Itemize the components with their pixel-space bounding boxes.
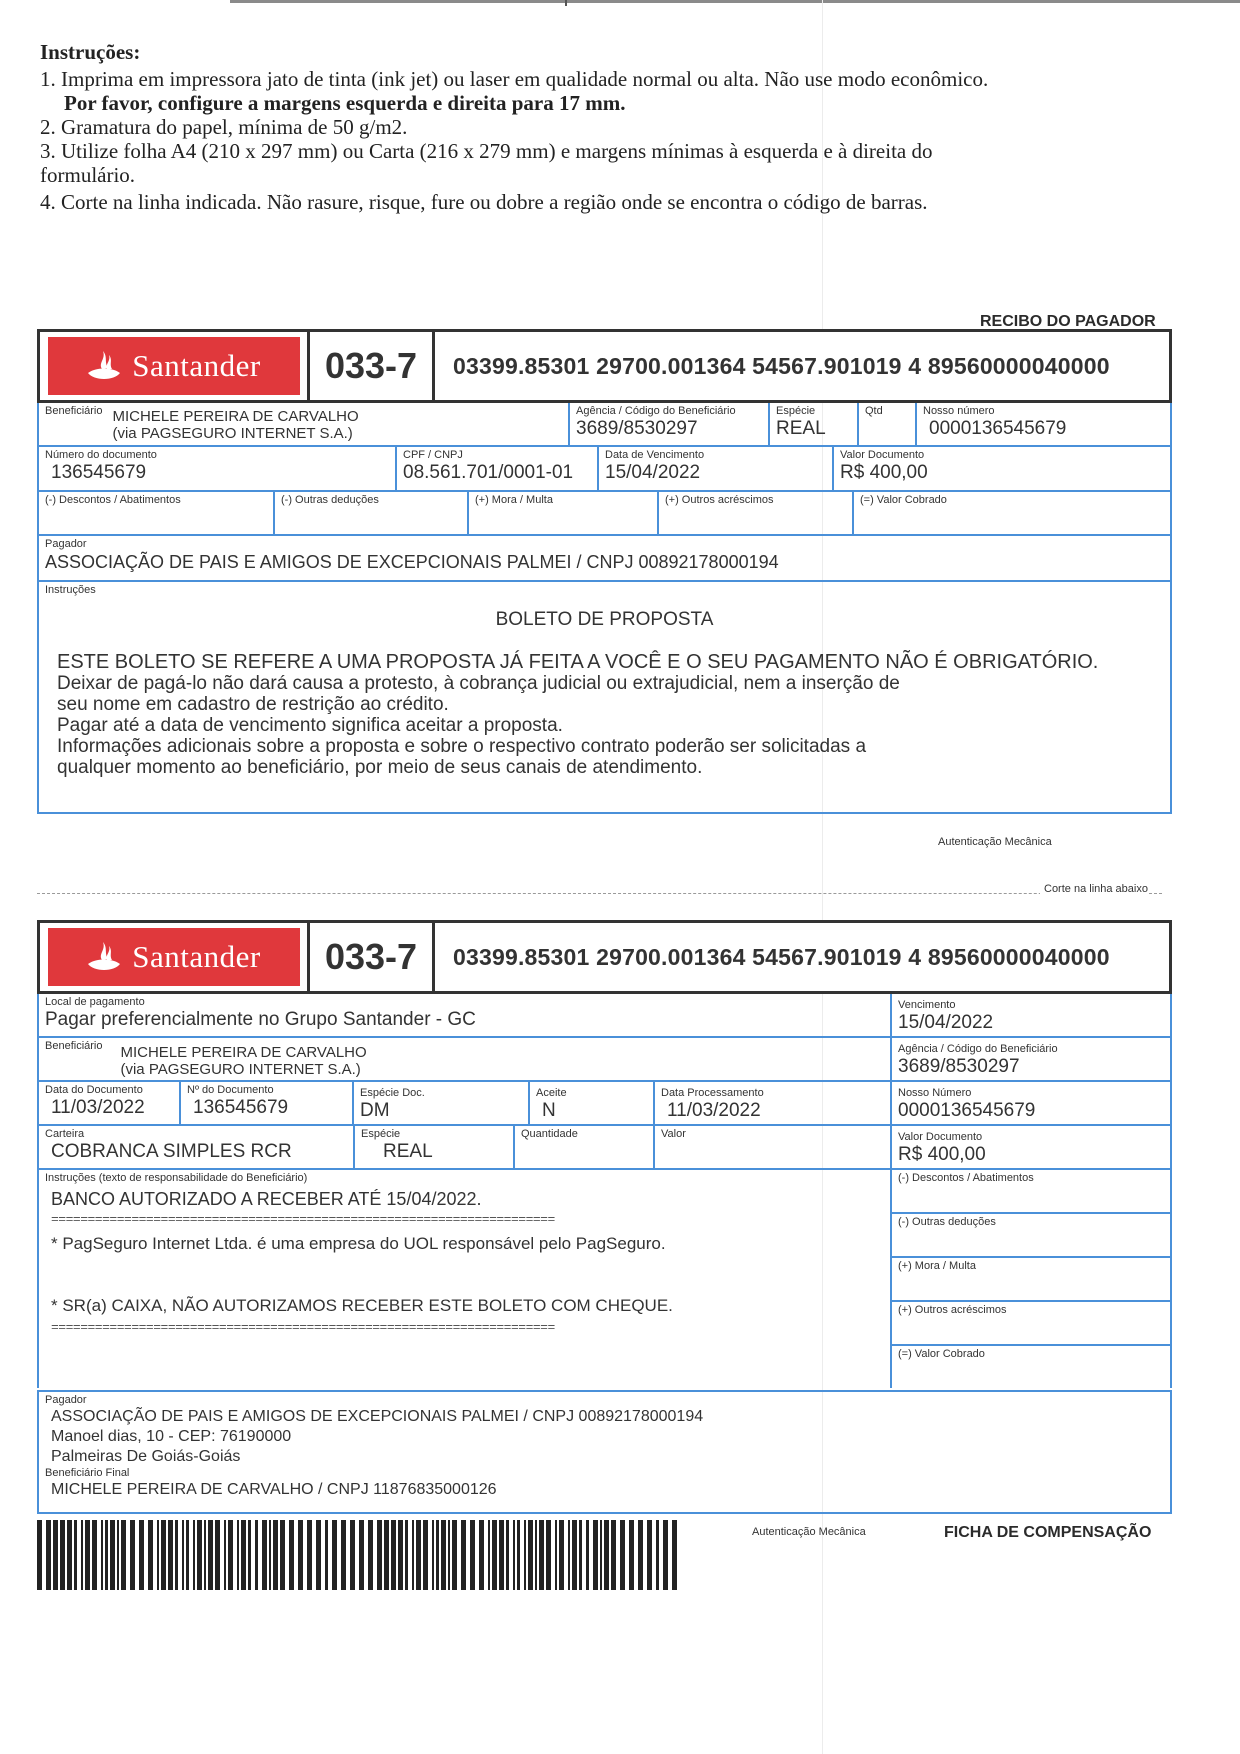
beneficiario-via: (via PAGSEGURO INTERNET S.A.)	[112, 425, 358, 442]
barcode-bar	[208, 1520, 213, 1590]
local-label: Local de pagamento	[45, 996, 884, 1009]
ficha-outros-acrescimos-cell: (+) Outros acréscimos	[892, 1302, 1170, 1344]
ficha-instrucoes-label: Instruções (texto de responsabilidade do…	[45, 1172, 884, 1185]
barcode-bar	[182, 1520, 184, 1590]
ficha-agencia-label: Agência / Código do Beneficiário	[898, 1043, 1164, 1056]
ficha-valor-cobrado-cell: (=) Valor Cobrado	[892, 1346, 1170, 1388]
cpf-cnpj-cell: CPF / CNPJ 08.561.701/0001-01	[397, 447, 599, 490]
quantidade-label: Quantidade	[521, 1128, 647, 1141]
ficha-vencimento-value: 15/04/2022	[898, 1012, 1164, 1034]
ficha-header: Santander 033-7 03399.85301 29700.001364…	[37, 920, 1172, 994]
barcode-bar	[638, 1520, 643, 1590]
barcode-bar	[168, 1520, 173, 1590]
instruction-1-bold: Por favor, configure a margens esquerda …	[40, 91, 1200, 115]
barcode-bar	[241, 1520, 246, 1590]
data-proc-value: 11/03/2022	[661, 1100, 884, 1122]
ficha-bank-name: Santander	[132, 939, 260, 975]
receipt-row-valores: (-) Descontos / Abatimentos (-) Outras d…	[39, 492, 1170, 536]
page-top-tick	[565, 0, 567, 6]
especie-doc-label: Espécie Doc.	[360, 1087, 522, 1100]
ficha-title: FICHA DE COMPENSAÇÃO	[944, 1524, 1151, 1542]
ficha-valor-doc-value: R$ 400,00	[898, 1144, 1164, 1166]
numero-doc-cell: Número do documento 136545679	[39, 447, 397, 490]
barcode-bar	[593, 1520, 598, 1590]
data-doc-cell: Data do Documento 11/03/2022	[39, 1082, 181, 1124]
data-doc-label: Data do Documento	[45, 1084, 173, 1097]
barcode-bar	[452, 1520, 457, 1590]
page-top-rule	[230, 0, 1240, 3]
separator-1: ========================================…	[45, 1213, 865, 1227]
data-proc-label: Data Processamento	[661, 1087, 884, 1100]
barcode-bar	[110, 1520, 115, 1590]
barcode-bar	[121, 1520, 126, 1590]
ficha-grid: Local de pagamento Pagar preferencialmen…	[37, 994, 1172, 1388]
barcode-bar	[513, 1520, 515, 1590]
valor-cobrado-cell: (=) Valor Cobrado	[854, 492, 1170, 534]
barcode-bar	[85, 1520, 90, 1590]
barcode-bar	[350, 1520, 355, 1590]
valor-label: Valor	[661, 1128, 884, 1141]
valor-doc-cell: Valor Documento R$ 400,00	[834, 447, 1170, 490]
barcode-bar	[139, 1520, 144, 1590]
ficha-vencimento-row: Vencimento 15/04/2022	[892, 994, 1170, 1038]
ficha-nosso-numero-row: Nosso Número 0000136545679	[892, 1082, 1170, 1126]
instrucoes-line-5: Informações adicionais sobre a proposta …	[57, 736, 1152, 757]
pagador-value: ASSOCIAÇÃO DE PAIS E AMIGOS DE EXCEPCION…	[45, 551, 1164, 573]
barcode-bar	[377, 1520, 382, 1590]
valor-doc-label: Valor Documento	[840, 449, 1164, 462]
outros-acrescimos-label: (+) Outros acréscimos	[665, 494, 846, 507]
outros-acrescimos-cell: (+) Outros acréscimos	[659, 492, 854, 534]
aceite-cell: Aceite N	[530, 1082, 655, 1124]
receipt-row-documento: Número do documento 136545679 CPF / CNPJ…	[39, 447, 1170, 492]
barcode-bar	[175, 1520, 178, 1590]
barcode-bar	[539, 1520, 544, 1590]
ficha-instrucoes-line-3: * SR(a) CAIXA, NÃO AUTORIZAMOS RECEBER E…	[45, 1296, 884, 1316]
valor-cobrado-label: (=) Valor Cobrado	[860, 494, 1164, 507]
instrucoes-text: BOLETO DE PROPOSTA ESTE BOLETO SE REFERE…	[39, 599, 1170, 794]
ficha-valor-doc-cell: Valor Documento R$ 400,00	[892, 1126, 1170, 1168]
santander-flame-icon	[86, 349, 122, 383]
barcode-bar	[332, 1520, 337, 1590]
numero-doc-label: Número do documento	[45, 449, 389, 462]
barcode-bar	[535, 1520, 537, 1590]
cpf-cnpj-value: 08.561.701/0001-01	[403, 462, 591, 484]
instruction-3: 3. Utilize folha A4 (210 x 297 mm) ou Ca…	[40, 139, 1200, 163]
barcode-bar	[368, 1520, 373, 1590]
barcode-bar	[341, 1520, 346, 1590]
ficha-instrucoes-cell: Instruções (texto de responsabilidade do…	[39, 1170, 890, 1386]
barcode-bar	[448, 1520, 450, 1590]
outras-deducoes-cell: (-) Outras deduções	[275, 492, 469, 534]
barcode-bar	[391, 1520, 396, 1590]
barcode-bar	[405, 1520, 408, 1590]
receipt-row-pagador: Pagador ASSOCIAÇÃO DE PAIS E AMIGOS DE E…	[39, 536, 1170, 582]
especie-cell: Espécie REAL	[770, 403, 859, 445]
ficha-valor-cobrado-label: (=) Valor Cobrado	[898, 1348, 1164, 1361]
pagador-cell: Pagador ASSOCIAÇÃO DE PAIS E AMIGOS DE E…	[39, 536, 1170, 580]
barcode-bar	[416, 1520, 421, 1590]
barcode-bar	[499, 1520, 504, 1590]
barcode-bar	[298, 1520, 303, 1590]
nosso-numero-cell: Nosso número 0000136545679	[917, 403, 1170, 445]
ficha-pagador-block: Pagador ASSOCIAÇÃO DE PAIS E AMIGOS DE E…	[37, 1390, 1172, 1514]
barcode-bar	[269, 1520, 271, 1590]
barcode-bar	[432, 1520, 434, 1590]
pagador-label: Pagador	[45, 538, 1164, 551]
barcode-bar	[157, 1520, 159, 1590]
barcode-bar	[572, 1520, 577, 1590]
barcode-bar	[325, 1520, 328, 1590]
barcode-bar	[461, 1520, 466, 1590]
barcode-bar	[130, 1520, 135, 1590]
instrucoes-line-4: Pagar até a data de vencimento significa…	[57, 715, 1152, 736]
instrucoes-cell: Instruções BOLETO DE PROPOSTA ESTE BOLET…	[39, 582, 1170, 812]
cut-line-label: Corte na linha abaixo	[1040, 883, 1148, 895]
barcode-icon	[37, 1520, 677, 1590]
barcode-bar	[604, 1520, 609, 1590]
beneficiario-cell: Beneficiário MICHELE PEREIRA DE CARVALHO…	[39, 403, 570, 445]
carteira-cell: Carteira COBRANCA SIMPLES RCR	[39, 1126, 355, 1168]
ficha-outros-acrescimos-row: (+) Outros acréscimos	[892, 1302, 1170, 1346]
barcode-bar	[546, 1520, 551, 1590]
especie-label: Espécie	[776, 405, 851, 418]
barcode-bar	[479, 1520, 484, 1590]
barcode-bar	[161, 1520, 166, 1590]
vencimento-value: 15/04/2022	[605, 462, 826, 484]
separator-2: ========================================…	[45, 1321, 865, 1335]
barcode-bar	[248, 1520, 251, 1590]
carteira-label: Carteira	[45, 1128, 347, 1141]
barcode-bar	[228, 1520, 233, 1590]
ficha-valor-doc-label: Valor Documento	[898, 1131, 1164, 1144]
especie-doc-value: DM	[360, 1100, 522, 1122]
ficha-especie-value: REAL	[361, 1141, 507, 1163]
ficha-mora-cell: (+) Mora / Multa	[892, 1258, 1170, 1300]
barcode-bar	[316, 1520, 321, 1590]
barcode-bar	[611, 1520, 616, 1590]
local-cell: Local de pagamento Pagar preferencialmen…	[39, 994, 890, 1036]
receipt-autenticacao: Autenticação Mecânica	[938, 836, 1052, 848]
mora-cell: (+) Mora / Multa	[469, 492, 659, 534]
ficha-mora-row: (+) Mora / Multa	[892, 1258, 1170, 1302]
ficha-vencimento-label: Vencimento	[898, 999, 1164, 1012]
ficha-instrucoes-line-1: BANCO AUTORIZADO A RECEBER ATÉ 15/04/202…	[45, 1189, 884, 1210]
barcode-bar	[528, 1520, 533, 1590]
receipt-slip: Santander 033-7 03399.85301 29700.001364…	[37, 329, 1172, 819]
barcode-bar	[559, 1520, 564, 1590]
local-value: Pagar preferencialmente no Grupo Santand…	[45, 1009, 884, 1031]
instructions-title: Instruções:	[40, 40, 1200, 65]
barcode-bar	[568, 1520, 570, 1590]
bank-logo: Santander	[48, 337, 300, 395]
ficha-descontos-label: (-) Descontos / Abatimentos	[898, 1172, 1164, 1185]
ficha-agencia-row: Agência / Código do Beneficiário 3689/85…	[892, 1038, 1170, 1082]
barcode-bar	[92, 1520, 97, 1590]
barcode-bar	[193, 1520, 195, 1590]
barcode-bar	[197, 1520, 202, 1590]
qtd-cell: Qtd	[859, 403, 917, 445]
barcode-bar	[555, 1520, 557, 1590]
barcode-bar	[273, 1520, 278, 1590]
receipt-row-beneficiario: Beneficiário MICHELE PEREIRA DE CARVALHO…	[39, 403, 1170, 447]
barcode-bar	[215, 1520, 220, 1590]
barcode-bar	[224, 1520, 226, 1590]
num-doc-cell: Nº do Documento 136545679	[181, 1082, 354, 1124]
instrucoes-label: Instruções	[39, 582, 1170, 599]
beneficiario-final-label: Beneficiário Final	[45, 1467, 1164, 1480]
agencia-cell: Agência / Código do Beneficiário 3689/85…	[570, 403, 770, 445]
cut-line	[37, 893, 1162, 894]
beneficiario-label: Beneficiário	[45, 405, 102, 443]
ficha-right-column: Vencimento 15/04/2022 Agência / Código d…	[892, 994, 1170, 1388]
instruction-1: 1. Imprima em impressora jato de tinta (…	[40, 67, 1200, 91]
digitable-line[interactable]: 03399.85301 29700.001364 54567.901019 4 …	[435, 332, 1169, 400]
ficha-row-local: Local de pagamento Pagar preferencialmen…	[39, 994, 890, 1038]
beneficiario-name: MICHELE PEREIRA DE CARVALHO	[112, 408, 358, 425]
barcode-bar	[53, 1520, 58, 1590]
aceite-value: N	[536, 1100, 647, 1122]
instrucoes-title: BOLETO DE PROPOSTA	[57, 609, 1152, 630]
barcode-bar	[579, 1520, 582, 1590]
ficha-pagador-city: Palmeiras De Goiás-Goiás	[45, 1447, 1164, 1467]
aceite-label: Aceite	[536, 1087, 647, 1100]
barcode-bar	[255, 1520, 258, 1590]
barcode-bar	[81, 1520, 83, 1590]
ficha-beneficiario-via: (via PAGSEGURO INTERNET S.A.)	[120, 1061, 366, 1078]
ficha-digitable-line[interactable]: 03399.85301 29700.001364 54567.901019 4 …	[435, 923, 1169, 991]
nosso-numero-value: 0000136545679	[923, 418, 1164, 440]
ficha-beneficiario-cell: Beneficiário MICHELE PEREIRA DE CARVALHO…	[39, 1038, 890, 1080]
barcode-bar	[384, 1520, 389, 1590]
ficha-valor-doc-row: Valor Documento R$ 400,00	[892, 1126, 1170, 1170]
quantidade-cell: Quantidade	[515, 1126, 655, 1168]
ficha-vencimento-cell: Vencimento 15/04/2022	[892, 994, 1170, 1036]
ficha-beneficiario-name: MICHELE PEREIRA DE CARVALHO	[120, 1044, 366, 1061]
barcode-bar	[436, 1520, 439, 1590]
ficha-descontos-row: (-) Descontos / Abatimentos	[892, 1170, 1170, 1214]
barcode-bar	[423, 1520, 428, 1590]
ficha-agencia-cell: Agência / Código do Beneficiário 3689/85…	[892, 1038, 1170, 1080]
descontos-cell: (-) Descontos / Abatimentos	[39, 492, 275, 534]
receipt-grid: Beneficiário MICHELE PEREIRA DE CARVALHO…	[37, 403, 1172, 814]
barcode-bar	[105, 1520, 108, 1590]
ficha-pagador-label: Pagador	[45, 1394, 1164, 1407]
barcode-bar	[517, 1520, 520, 1590]
barcode-bar	[629, 1520, 634, 1590]
ficha-row-carteira: Carteira COBRANCA SIMPLES RCR Espécie RE…	[39, 1126, 890, 1170]
ficha-descontos-cell: (-) Descontos / Abatimentos	[892, 1170, 1170, 1212]
cpf-cnpj-label: CPF / CNPJ	[403, 449, 591, 462]
nosso-numero-label: Nosso número	[923, 405, 1164, 418]
vencimento-cell: Data de Vencimento 15/04/2022	[599, 447, 834, 490]
ficha-bank-code: 033-7	[310, 923, 435, 991]
barcode-bar	[37, 1520, 42, 1590]
barcode-bar	[656, 1520, 659, 1590]
especie-value: REAL	[776, 418, 851, 440]
ficha-nosso-numero-value: 0000136545679	[898, 1100, 1164, 1122]
barcode-bar	[470, 1520, 475, 1590]
especie-doc-cell: Espécie Doc. DM	[354, 1082, 530, 1124]
num-doc-label: Nº do Documento	[187, 1084, 346, 1097]
barcode-bar	[492, 1520, 497, 1590]
ficha-slip: Santander 033-7 03399.85301 29700.001364…	[37, 920, 1172, 1520]
ficha-agencia-value: 3689/8530297	[898, 1056, 1164, 1078]
barcode-bar	[441, 1520, 446, 1590]
mora-label: (+) Mora / Multa	[475, 494, 651, 507]
bank-code: 033-7	[310, 332, 435, 400]
ficha-outras-deducoes-cell: (-) Outras deduções	[892, 1214, 1170, 1256]
ficha-especie-cell: Espécie REAL	[355, 1126, 515, 1168]
ficha-row-documento: Data do Documento 11/03/2022 Nº do Docum…	[39, 1082, 890, 1126]
ficha-row-beneficiario: Beneficiário MICHELE PEREIRA DE CARVALHO…	[39, 1038, 890, 1082]
barcode-bar	[307, 1520, 312, 1590]
barcode-bar	[600, 1520, 602, 1590]
barcode-bar	[506, 1520, 509, 1590]
instruction-2: 2. Gramatura do papel, mínima de 50 g/m2…	[40, 115, 1200, 139]
barcode-bar	[46, 1520, 51, 1590]
numero-doc-value: 136545679	[45, 462, 389, 484]
receipt-header: Santander 033-7 03399.85301 29700.001364…	[37, 329, 1172, 403]
ficha-autenticacao: Autenticação Mecânica	[752, 1526, 866, 1538]
barcode-bar	[412, 1520, 414, 1590]
ficha-beneficiario-label: Beneficiário	[45, 1040, 102, 1078]
barcode-bar	[101, 1520, 103, 1590]
barcode-bar	[672, 1520, 677, 1590]
ficha-instrucoes-line-2: * PagSeguro Internet Ltda. é uma empresa…	[45, 1234, 884, 1254]
instrucoes-line-1: ESTE BOLETO SE REFERE A UMA PROPOSTA JÁ …	[57, 652, 1152, 673]
ficha-outros-acrescimos-label: (+) Outros acréscimos	[898, 1304, 1164, 1317]
barcode-bar	[262, 1520, 267, 1590]
barcode-bar	[67, 1520, 72, 1590]
ficha-nosso-numero-cell: Nosso Número 0000136545679	[892, 1082, 1170, 1124]
instruction-4: 4. Corte na linha indicada. Não rasure, …	[40, 190, 1200, 214]
barcode-bar	[620, 1520, 625, 1590]
ficha-outras-deducoes-label: (-) Outras deduções	[898, 1216, 1164, 1229]
bank-name: Santander	[132, 348, 260, 384]
ficha-bank-logo-cell: Santander	[40, 923, 310, 991]
valor-doc-value: R$ 400,00	[840, 462, 1164, 484]
ficha-mora-label: (+) Mora / Multa	[898, 1260, 1164, 1273]
barcode-bar	[186, 1520, 189, 1590]
barcode-bar	[289, 1520, 294, 1590]
beneficiario-final-value: MICHELE PEREIRA DE CARVALHO / CNPJ 11876…	[45, 1480, 1164, 1500]
ficha-left-column: Local de pagamento Pagar preferencialmen…	[39, 994, 892, 1388]
data-doc-value: 11/03/2022	[45, 1097, 173, 1119]
data-proc-cell: Data Processamento 11/03/2022	[655, 1082, 890, 1124]
ficha-outras-deducoes-row: (-) Outras deduções	[892, 1214, 1170, 1258]
santander-flame-icon	[86, 940, 122, 974]
agencia-value: 3689/8530297	[576, 418, 762, 440]
barcode-bar	[524, 1520, 526, 1590]
ficha-pagador-address: Manoel dias, 10 - CEP: 76190000	[45, 1427, 1164, 1447]
barcode-bar	[237, 1520, 239, 1590]
carteira-value: COBRANCA SIMPLES RCR	[45, 1141, 347, 1163]
barcode-bar	[398, 1520, 403, 1590]
barcode-bar	[586, 1520, 589, 1590]
print-instructions: Instruções: 1. Imprima em impressora jat…	[40, 40, 1200, 214]
ficha-pagador-value: ASSOCIAÇÃO DE PAIS E AMIGOS DE EXCEPCION…	[45, 1407, 1164, 1427]
outras-deducoes-label: (-) Outras deduções	[281, 494, 461, 507]
barcode-bar	[663, 1520, 668, 1590]
instruction-3-cont: formulário.	[40, 163, 1200, 187]
barcode-bar	[647, 1520, 652, 1590]
num-doc-value: 136545679	[187, 1097, 346, 1119]
valor-cell: Valor	[655, 1126, 890, 1168]
bank-logo-cell: Santander	[40, 332, 310, 400]
barcode-bar	[117, 1520, 119, 1590]
vencimento-label: Data de Vencimento	[605, 449, 826, 462]
qtd-label: Qtd	[865, 405, 909, 418]
ficha-nosso-numero-label: Nosso Número	[898, 1087, 1164, 1100]
barcode-bar	[204, 1520, 206, 1590]
barcode-bar	[359, 1520, 364, 1590]
barcode-bar	[280, 1520, 285, 1590]
ficha-especie-label: Espécie	[361, 1128, 507, 1141]
instrucoes-line-2: Deixar de pagá-lo não dará causa a prote…	[57, 673, 1152, 694]
barcode-bar	[74, 1520, 77, 1590]
ficha-bank-logo: Santander	[48, 928, 300, 986]
barcode-bar	[148, 1520, 153, 1590]
agencia-label: Agência / Código do Beneficiário	[576, 405, 762, 418]
instrucoes-line-6: qualquer momento ao beneficiário, por me…	[57, 757, 1152, 778]
receipt-row-instrucoes: Instruções BOLETO DE PROPOSTA ESTE BOLET…	[39, 582, 1170, 814]
barcode-bar	[488, 1520, 490, 1590]
barcode-bar	[60, 1520, 65, 1590]
descontos-label: (-) Descontos / Abatimentos	[45, 494, 267, 507]
instrucoes-line-3: seu nome em cadastro de restrição ao cré…	[57, 694, 1152, 715]
